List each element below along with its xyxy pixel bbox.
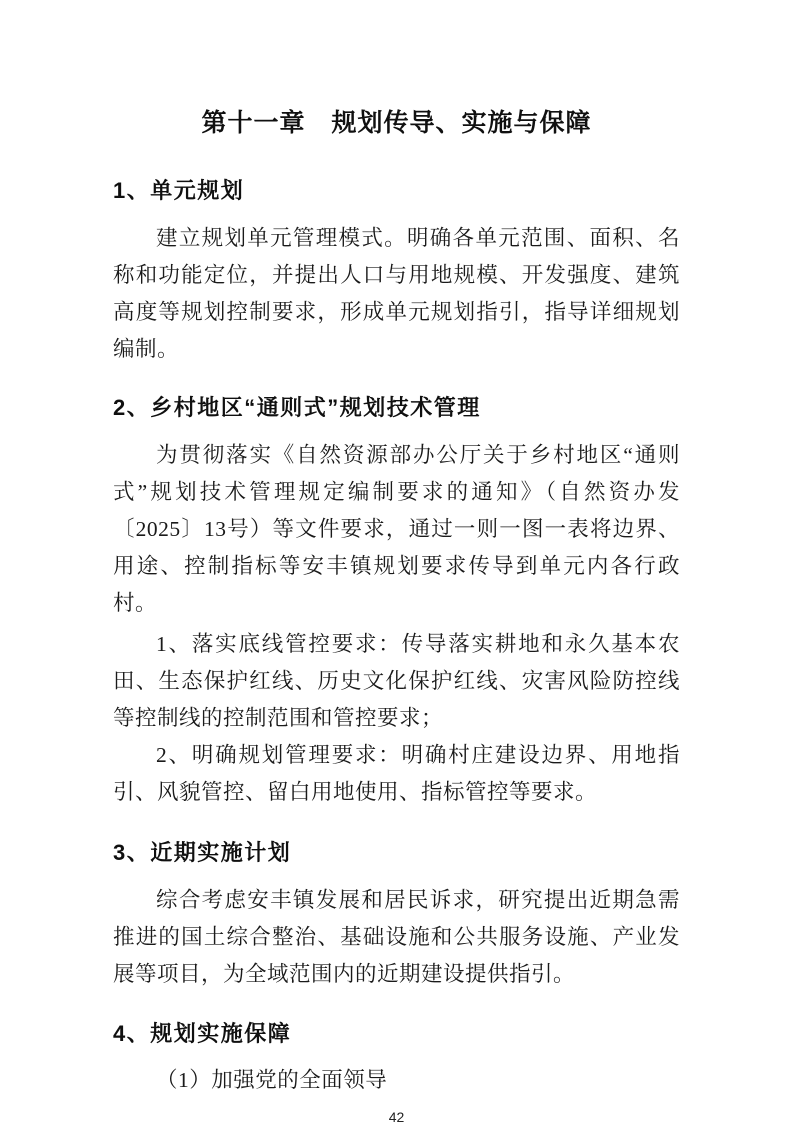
section-4-paragraph: （1）加强党的全面领导: [113, 1062, 680, 1099]
chapter-title: 第十一章 规划传导、实施与保障: [113, 106, 680, 142]
section-2-heading: 2、乡村地区“通则式”规划技术管理: [113, 393, 680, 423]
page-number: 42: [113, 1109, 680, 1122]
section-2-paragraph-1: 为贯彻落实《自然资源部办公厅关于乡村地区“通则式”规划技术管理规定编制要求的通知…: [113, 437, 680, 622]
document-page: 第十一章 规划传导、实施与保障 1、单元规划 建立规划单元管理模式。明确各单元范…: [0, 0, 794, 1122]
section-1-paragraph: 建立规划单元管理模式。明确各单元范围、面积、名称和功能定位，并提出人口与用地规模…: [113, 220, 680, 368]
section-near-term-plan: 3、近期实施计划 综合考虑安丰镇发展和居民诉求，研究提出近期急需推进的国土综合整…: [113, 838, 680, 993]
section-3-paragraph: 综合考虑安丰镇发展和居民诉求，研究提出近期急需推进的国土综合整治、基础设施和公共…: [113, 882, 680, 993]
section-implementation-safeguard: 4、规划实施保障 （1）加强党的全面领导: [113, 1019, 680, 1099]
section-unit-planning: 1、单元规划 建立规划单元管理模式。明确各单元范围、面积、名称和功能定位，并提出…: [113, 176, 680, 368]
section-1-heading: 1、单元规划: [113, 176, 680, 206]
section-rural-general-rules: 2、乡村地区“通则式”规划技术管理 为贯彻落实《自然资源部办公厅关于乡村地区“通…: [113, 393, 680, 811]
section-2-paragraph-3: 2、明确规划管理要求：明确村庄建设边界、用地指引、风貌管控、留白用地使用、指标管…: [113, 737, 680, 811]
section-4-heading: 4、规划实施保障: [113, 1019, 680, 1049]
section-3-heading: 3、近期实施计划: [113, 838, 680, 868]
section-2-paragraph-2: 1、落实底线管控要求：传导落实耕地和永久基本农田、生态保护红线、历史文化保护红线…: [113, 626, 680, 737]
